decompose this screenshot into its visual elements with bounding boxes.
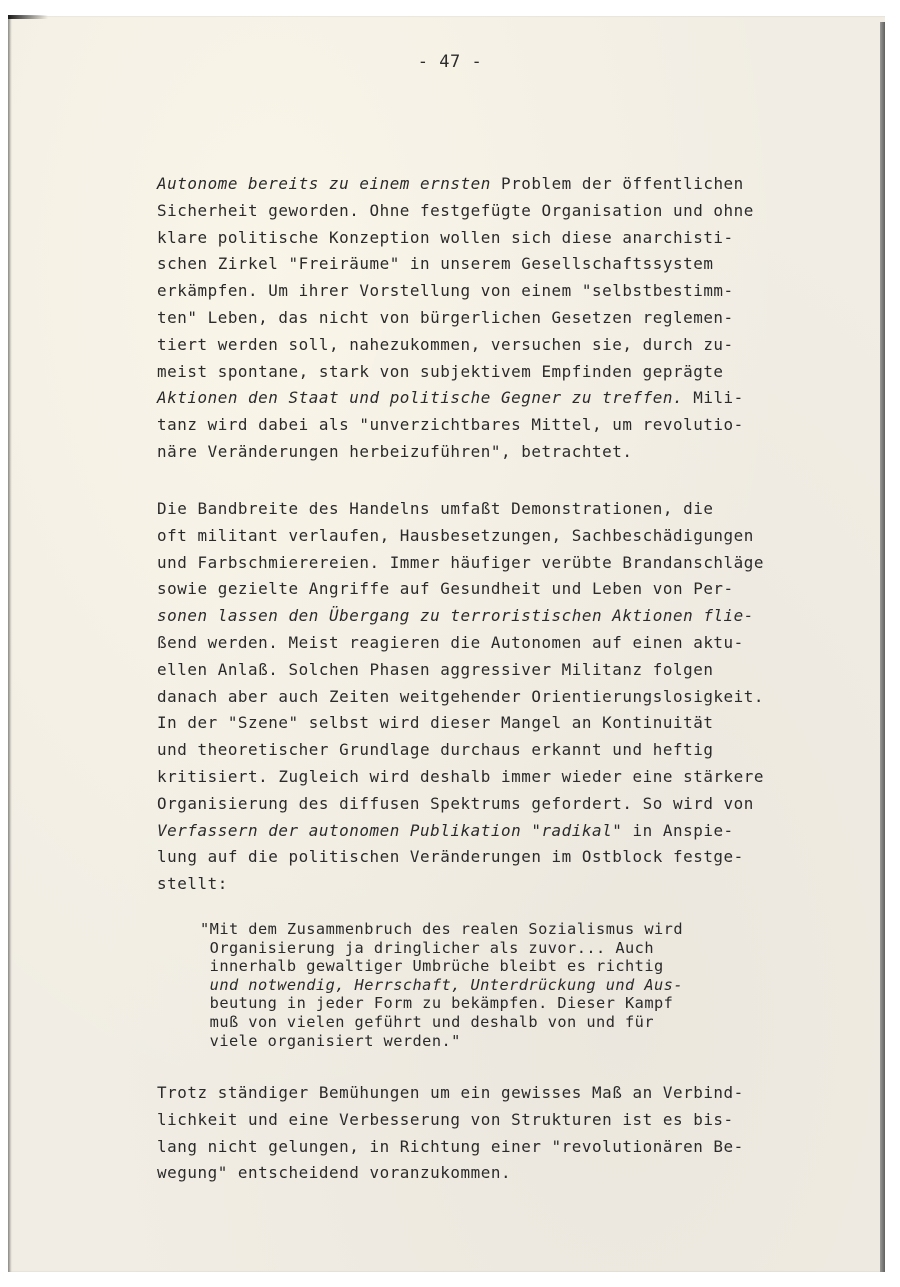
text: Organisierung des diffusen Spektrums gef… xyxy=(157,794,754,813)
text: sowie gezielte Angriffe auf Gesundheit u… xyxy=(157,579,734,598)
text: ßend werden. Meist reagieren die Autonom… xyxy=(157,633,744,652)
text: Organisierung ja dringlicher als zuvor..… xyxy=(200,939,654,957)
paragraph-2: Die Bandbreite des Handelns umfaßt Demon… xyxy=(157,496,764,898)
text: Die Bandbreite des Handelns umfaßt Demon… xyxy=(157,499,713,518)
text-line: Autonome bereits zu einem ernsten Proble… xyxy=(157,171,754,198)
text-line: Organisierung des diffusen Spektrums gef… xyxy=(157,791,764,818)
text-line: erkämpfen. Um ihrer Vorstellung von eine… xyxy=(157,278,754,305)
text-line: muß von vielen geführt und deshalb von u… xyxy=(200,1013,683,1032)
text: meist spontane, stark von subjektivem Em… xyxy=(157,362,724,381)
text-line: Sicherheit geworden. Ohne festgefügte Or… xyxy=(157,198,754,225)
text-line: tanz wird dabei als "unverzichtbares Mit… xyxy=(157,412,754,439)
italic-text: Aktionen den Staat und politische Gegner… xyxy=(157,388,683,407)
text: klare politische Konzeption wollen sich … xyxy=(157,228,734,247)
text-line: und theoretischer Grundlage durchaus erk… xyxy=(157,737,764,764)
text: und Farbschmierereien. Immer häufiger ve… xyxy=(157,553,764,572)
text: viele organisiert werden." xyxy=(200,1032,461,1050)
text-line: meist spontane, stark von subjektivem Em… xyxy=(157,359,754,386)
text: "Mit dem Zusammenbruch des realen Sozial… xyxy=(200,920,683,938)
text: und theoretischer Grundlage durchaus erk… xyxy=(157,740,713,759)
text-line: näre Veränderungen herbeizuführen", betr… xyxy=(157,439,754,466)
text: kritisiert. Zugleich wird deshalb immer … xyxy=(157,767,764,786)
page-edge-shadow-right xyxy=(880,22,885,1272)
text-line: lung auf die politischen Veränderungen i… xyxy=(157,844,764,871)
text: tanz wird dabei als "unverzichtbares Mit… xyxy=(157,415,744,434)
text: in Anspie- xyxy=(622,821,733,840)
text: stellt: xyxy=(157,874,228,893)
text-line: und Farbschmierereien. Immer häufiger ve… xyxy=(157,550,764,577)
text: danach aber auch Zeiten weitgehender Ori… xyxy=(157,687,764,706)
text-line: und notwendig, Herrschaft, Unterdrückung… xyxy=(200,976,683,995)
text-line: ten" Leben, das nicht von bürgerlichen G… xyxy=(157,305,754,332)
text-line: danach aber auch Zeiten weitgehender Ori… xyxy=(157,684,764,711)
paragraph-3: Trotz ständiger Bemühungen um ein gewiss… xyxy=(157,1080,744,1187)
text: wegung" entscheidend voranzukommen. xyxy=(157,1163,511,1182)
text-line: Aktionen den Staat und politische Gegner… xyxy=(157,385,754,412)
paragraph-1: Autonome bereits zu einem ernsten Proble… xyxy=(157,171,754,466)
block-quote: "Mit dem Zusammenbruch des realen Sozial… xyxy=(200,920,683,1050)
text-line: klare politische Konzeption wollen sich … xyxy=(157,225,754,252)
italic-text: und notwendig, Herrschaft, Unterdrückung… xyxy=(200,976,683,994)
text-line: In der "Szene" selbst wird dieser Mangel… xyxy=(157,710,764,737)
text-line: sowie gezielte Angriffe auf Gesundheit u… xyxy=(157,576,764,603)
italic-text: Verfassern der autonomen Publikation "ra… xyxy=(157,821,622,840)
text: ellen Anlaß. Solchen Phasen aggressiver … xyxy=(157,660,713,679)
text-line: wegung" entscheidend voranzukommen. xyxy=(157,1160,744,1187)
text: lang nicht gelungen, in Richtung einer "… xyxy=(157,1137,744,1156)
text: beutung in jeder Form zu bekämpfen. Dies… xyxy=(200,994,673,1012)
text-line: sonen lassen den Übergang zu terroristis… xyxy=(157,603,764,630)
text-line: kritisiert. Zugleich wird deshalb immer … xyxy=(157,764,764,791)
text-line: Verfassern der autonomen Publikation "ra… xyxy=(157,818,764,845)
text-line: beutung in jeder Form zu bekämpfen. Dies… xyxy=(200,994,683,1013)
text-line: innerhalb gewaltiger Umbrüche bleibt es … xyxy=(200,957,683,976)
text: näre Veränderungen herbeizuführen", betr… xyxy=(157,442,633,461)
page-number: - 47 - xyxy=(0,52,900,72)
text-line: lang nicht gelungen, in Richtung einer "… xyxy=(157,1134,744,1161)
text-line: viele organisiert werden." xyxy=(200,1032,683,1051)
text: Sicherheit geworden. Ohne festgefügte Or… xyxy=(157,201,754,220)
text: lichkeit und eine Verbesserung von Struk… xyxy=(157,1110,734,1129)
text-line: oft militant verlaufen, Hausbesetzungen,… xyxy=(157,523,764,550)
text: innerhalb gewaltiger Umbrüche bleibt es … xyxy=(200,957,664,975)
text-line: ßend werden. Meist reagieren die Autonom… xyxy=(157,630,764,657)
text: Mili- xyxy=(683,388,744,407)
text: Trotz ständiger Bemühungen um ein gewiss… xyxy=(157,1083,744,1102)
text: Problem der öffentlichen xyxy=(501,174,744,193)
text-line: stellt: xyxy=(157,871,764,898)
text-line: Trotz ständiger Bemühungen um ein gewiss… xyxy=(157,1080,744,1107)
text-line: tiert werden soll, nahezukommen, versuch… xyxy=(157,332,754,359)
text-line: schen Zirkel "Freiräume" in unserem Gese… xyxy=(157,251,754,278)
text-line: Die Bandbreite des Handelns umfaßt Demon… xyxy=(157,496,764,523)
text: schen Zirkel "Freiräume" in unserem Gese… xyxy=(157,254,713,273)
page-edge-shadow-top xyxy=(8,15,48,19)
text: lung auf die politischen Veränderungen i… xyxy=(157,847,744,866)
text: In der "Szene" selbst wird dieser Mangel… xyxy=(157,713,713,732)
italic-text: sonen lassen den Übergang zu terroristis… xyxy=(157,606,754,625)
text-line: lichkeit und eine Verbesserung von Struk… xyxy=(157,1107,744,1134)
text: ten" Leben, das nicht von bürgerlichen G… xyxy=(157,308,734,327)
text: tiert werden soll, nahezukommen, versuch… xyxy=(157,335,734,354)
text-line: ellen Anlaß. Solchen Phasen aggressiver … xyxy=(157,657,764,684)
text: oft militant verlaufen, Hausbesetzungen,… xyxy=(157,526,754,545)
text-line: "Mit dem Zusammenbruch des realen Sozial… xyxy=(200,920,683,939)
text: erkämpfen. Um ihrer Vorstellung von eine… xyxy=(157,281,734,300)
text: muß von vielen geführt und deshalb von u… xyxy=(200,1013,654,1031)
italic-text: Autonome bereits zu einem ernsten xyxy=(157,174,501,193)
text-line: Organisierung ja dringlicher als zuvor..… xyxy=(200,939,683,958)
